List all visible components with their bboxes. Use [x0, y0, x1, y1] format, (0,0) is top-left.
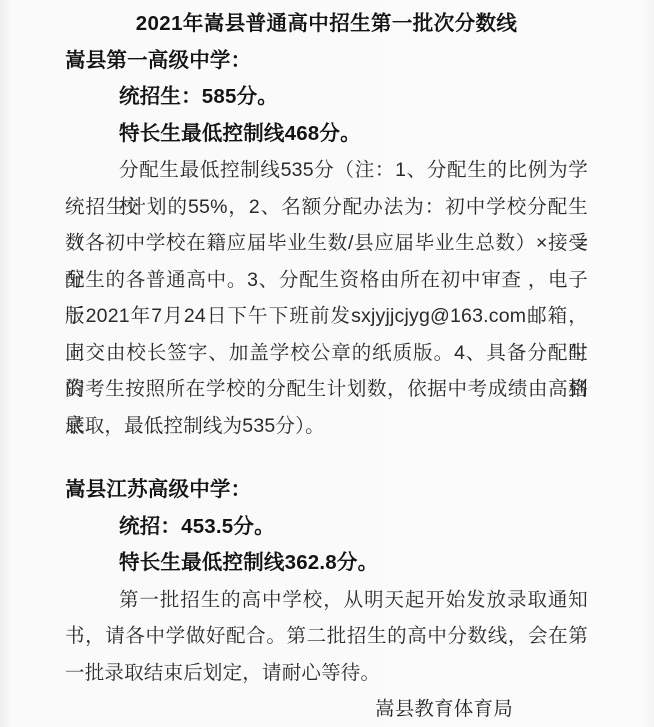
document-title: 2021年嵩县普通高中招生第一批次分数线: [65, 6, 588, 43]
section-gap: [65, 444, 588, 472]
first-school-unified-score: 统招生：585分。: [65, 79, 588, 116]
allocation-note-line: 上交由校长签字、加盖学校公章的纸质版。4、具备分配生资格: [65, 335, 588, 372]
second-school-unified-score: 统招：453.5分。: [65, 509, 588, 546]
closing-line: 第一批招生的高中学校，从明天起开始发放录取通知: [65, 582, 588, 619]
allocation-note-line: 于2021年7月24日下午下班前发sxjyjjcjyg@163.com邮箱，同时: [65, 298, 588, 335]
first-school-special-score: 特长生最低控制线468分。: [65, 116, 588, 153]
closing-line: 书，请各中学做好配合。第二批招生的高中分数线，会在第: [65, 618, 588, 655]
second-school-name: 嵩县江苏高级中学：: [65, 472, 588, 509]
allocation-note-line: 的考生按照所在学校的分配生计划数，依据中考成绩由高到底: [65, 371, 588, 408]
issuing-authority-signature: 嵩县教育体育局: [65, 691, 588, 727]
allocation-note-line: 配生的各普通高中。3、分配生资格由所在初中审查 ，电子版: [65, 262, 588, 299]
second-school-special-score: 特长生最低控制线362.8分。: [65, 545, 588, 582]
allocation-note-line: 统招生计划的55%，2、名额分配办法为：初中学校分配生数=: [65, 189, 588, 226]
closing-line: 一批录取结束后划定，请耐心等待。: [65, 655, 588, 692]
first-school-name: 嵩县第一高级中学：: [65, 43, 588, 80]
document-page: 2021年嵩县普通高中招生第一批次分数线 嵩县第一高级中学： 统招生：585分。…: [0, 0, 654, 727]
allocation-note-line: （各初中学校在籍应届毕业生数/县应届毕业生总数）×接受分: [65, 225, 588, 262]
allocation-note-line: 录取，最低控制线为535分）。: [65, 408, 588, 445]
allocation-note-line: 分配生最低控制线535分（注：1、分配生的比例为学校: [65, 152, 588, 189]
